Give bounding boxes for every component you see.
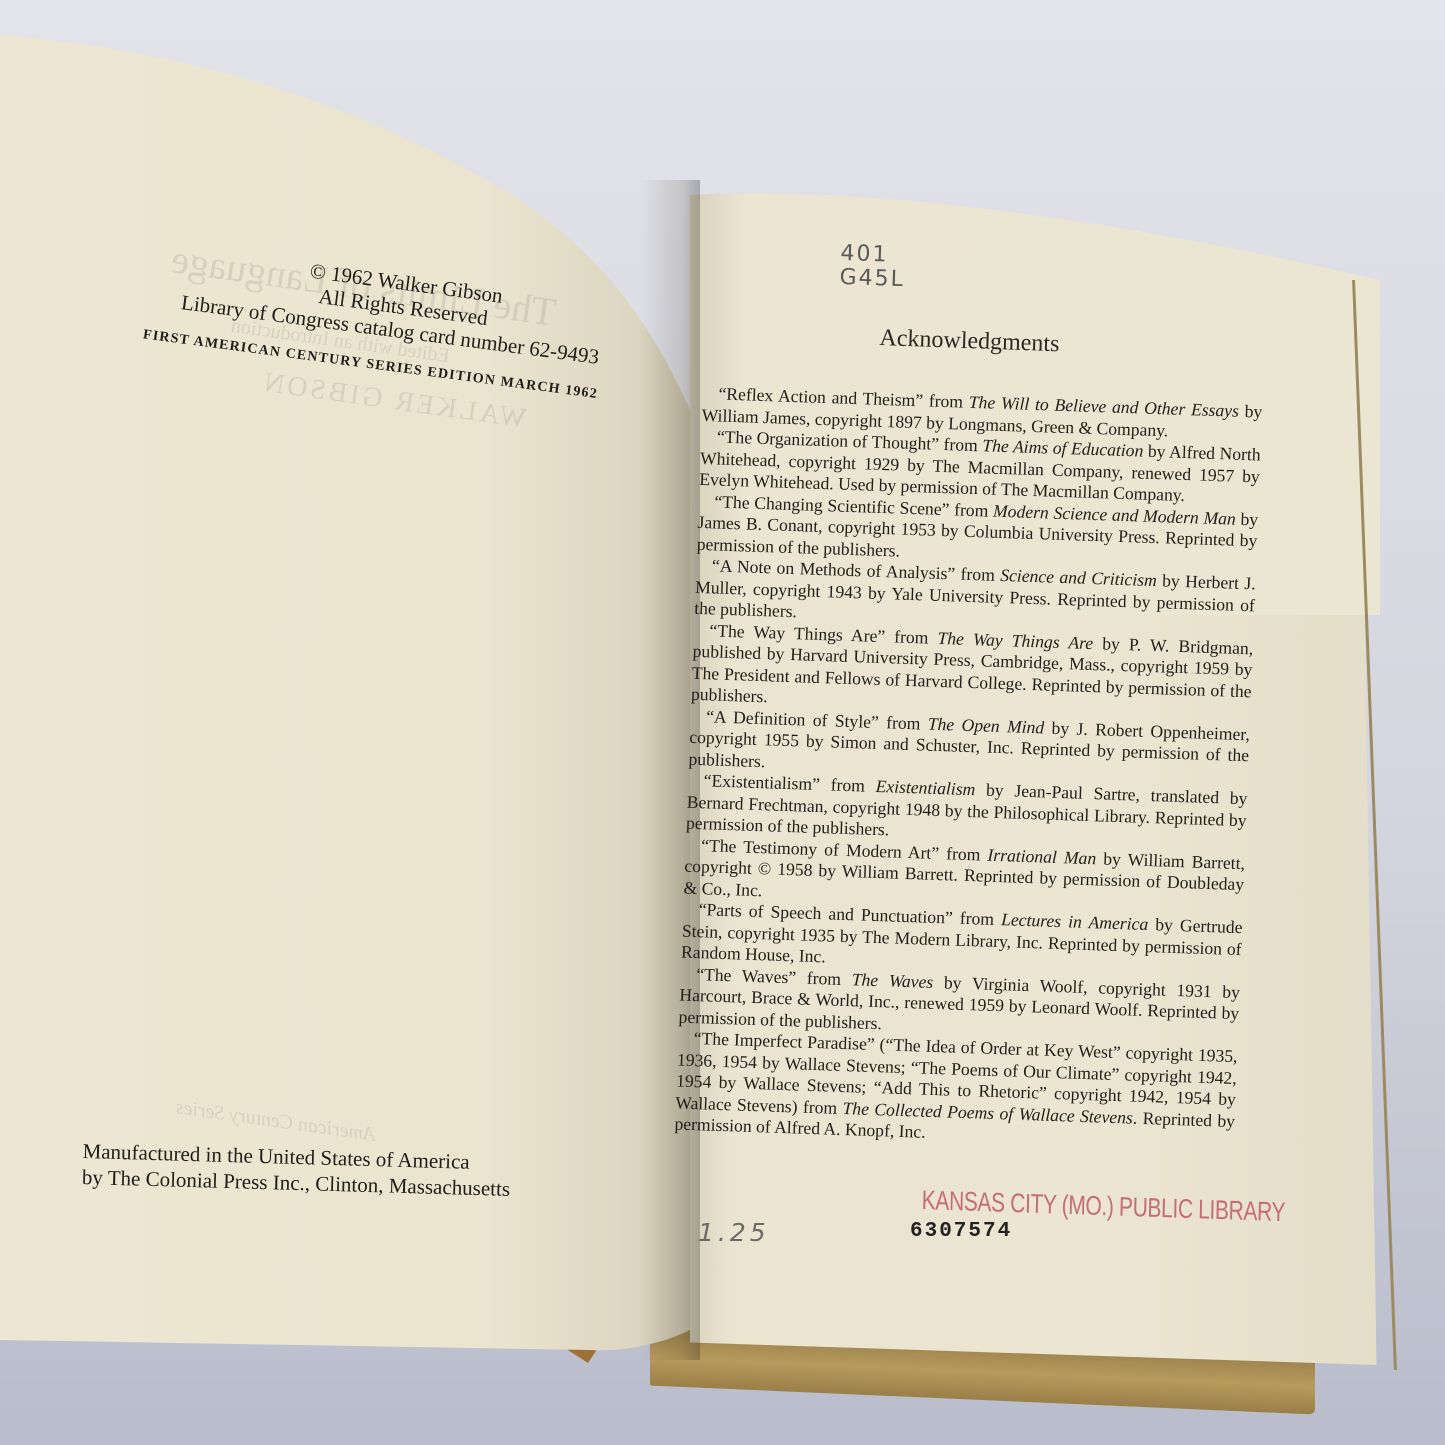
ack-entry: “The Imperfect Paradise” (“The Idea of O… [674, 1028, 1238, 1154]
call-number-class: 401 [840, 242, 906, 268]
left-page [0, 0, 690, 1445]
work-title: Existentialism [875, 776, 975, 799]
call-number-cutter: G45L [839, 266, 905, 292]
open-book-photo: The Limits of Language Edited with an In… [0, 0, 1445, 1445]
handwritten-call-number: 401 G45L [839, 242, 906, 292]
work-title: Irrational Man [987, 844, 1096, 868]
work-title: Lectures in America [1001, 909, 1149, 934]
accession-number: 6307574 [910, 1220, 1012, 1243]
work-title: The Waves [851, 969, 933, 992]
acknowledgments-list: “Reflex Action and Theism” from The Will… [674, 383, 1263, 1154]
handwritten-price: 1.25 [698, 1218, 770, 1247]
work-title: The Open Mind [927, 713, 1044, 737]
